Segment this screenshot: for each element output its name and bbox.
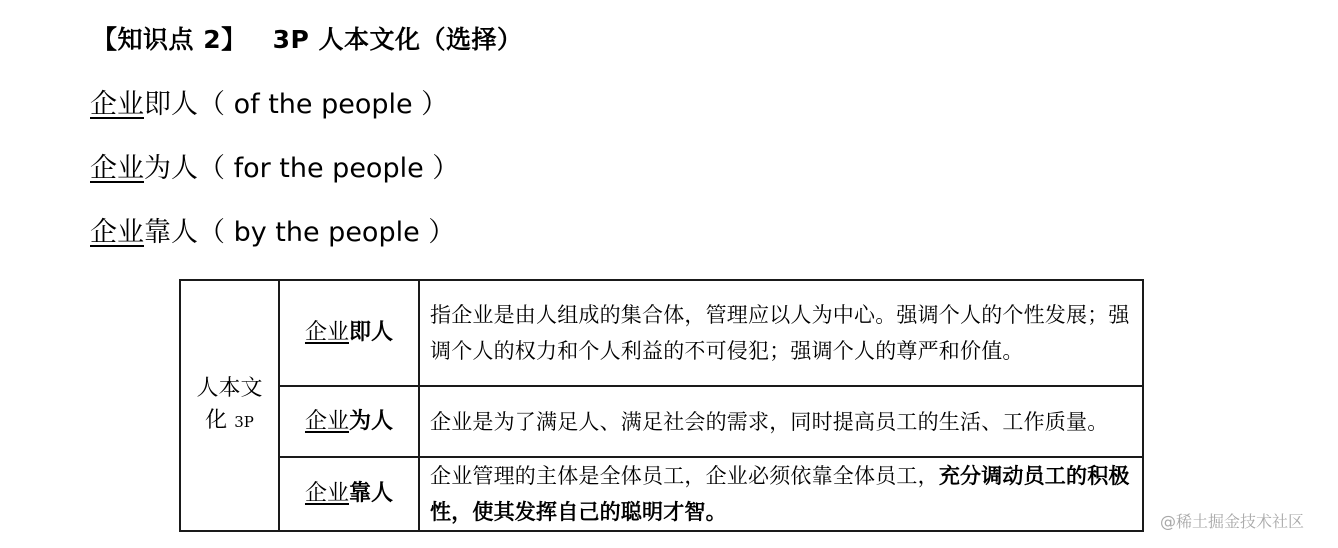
description-cell: 指企业是由人组成的集合体，管理应以人为中心。强调个人的个性发展；强调个人的权力和… — [419, 280, 1143, 386]
principle-label-cell: 企业靠人 — [279, 457, 419, 531]
description-cell: 企业是为了满足人、满足社会的需求，同时提高员工的生活、工作质量。 — [419, 386, 1143, 457]
category-label-suffix: 3P — [234, 413, 254, 431]
heading-title: 3P 人本文化（选择） — [273, 25, 523, 54]
principle-suffix: 靠人 — [144, 217, 198, 248]
principle-prefix: 企业 — [90, 89, 144, 120]
table-row: 人本文 化 3P 企业即人 指企业是由人组成的集合体，管理应以人为中心。强调个人… — [180, 280, 1143, 386]
section-heading: 【知识点 2】3P 人本文化（选择） — [92, 20, 523, 56]
principle-line-for-the-people: 企业为人（ for the people ） — [90, 146, 459, 185]
principle-label-cell: 企业即人 — [279, 280, 419, 386]
principle-label-prefix: 企业 — [305, 409, 349, 434]
principle-english: （ by the people ） — [198, 217, 455, 248]
principle-label-keyword: 为人 — [349, 409, 393, 434]
heading-knowledge-point: 【知识点 2】 — [92, 25, 247, 54]
description-text: 企业是为了满足人、满足社会的需求，同时提高员工的生活、工作质量。 — [430, 410, 1108, 434]
table-row: 企业为人 企业是为了满足人、满足社会的需求，同时提高员工的生活、工作质量。 — [180, 386, 1143, 457]
principle-prefix: 企业 — [90, 153, 144, 184]
humanistic-culture-table: 人本文 化 3P 企业即人 指企业是由人组成的集合体，管理应以人为中心。强调个人… — [179, 279, 1144, 532]
category-cell: 人本文 化 3P — [180, 280, 279, 531]
principle-line-of-the-people: 企业即人（ of the people ） — [90, 82, 448, 121]
description-cell: 企业管理的主体是全体员工，企业必须依靠全体员工，充分调动员工的积极性，使其发挥自… — [419, 457, 1143, 531]
principle-prefix: 企业 — [90, 217, 144, 248]
category-label-line2: 化 — [205, 408, 227, 433]
principle-label-prefix: 企业 — [305, 320, 349, 345]
category-label-line1: 人本文 — [196, 376, 262, 401]
principle-suffix: 即人 — [144, 89, 198, 120]
description-text: 指企业是由人组成的集合体，管理应以人为中心。强调个人的个性发展；强调个人的权力和… — [430, 303, 1130, 363]
principle-label-cell: 企业为人 — [279, 386, 419, 457]
description-text: 企业管理的主体是全体员工，企业必须依靠全体员工， — [430, 464, 939, 488]
principle-label-keyword: 即人 — [349, 320, 393, 345]
principle-label-keyword: 靠人 — [349, 481, 393, 506]
watermark: @稀土掘金技术社区 — [1160, 509, 1304, 532]
table-row: 企业靠人 企业管理的主体是全体员工，企业必须依靠全体员工，充分调动员工的积极性，… — [180, 457, 1143, 531]
principle-line-by-the-people: 企业靠人（ by the people ） — [90, 210, 455, 249]
principle-english: （ for the people ） — [198, 153, 459, 184]
principle-english: （ of the people ） — [198, 89, 448, 120]
principle-label-prefix: 企业 — [305, 481, 349, 506]
principle-suffix: 为人 — [144, 153, 198, 184]
